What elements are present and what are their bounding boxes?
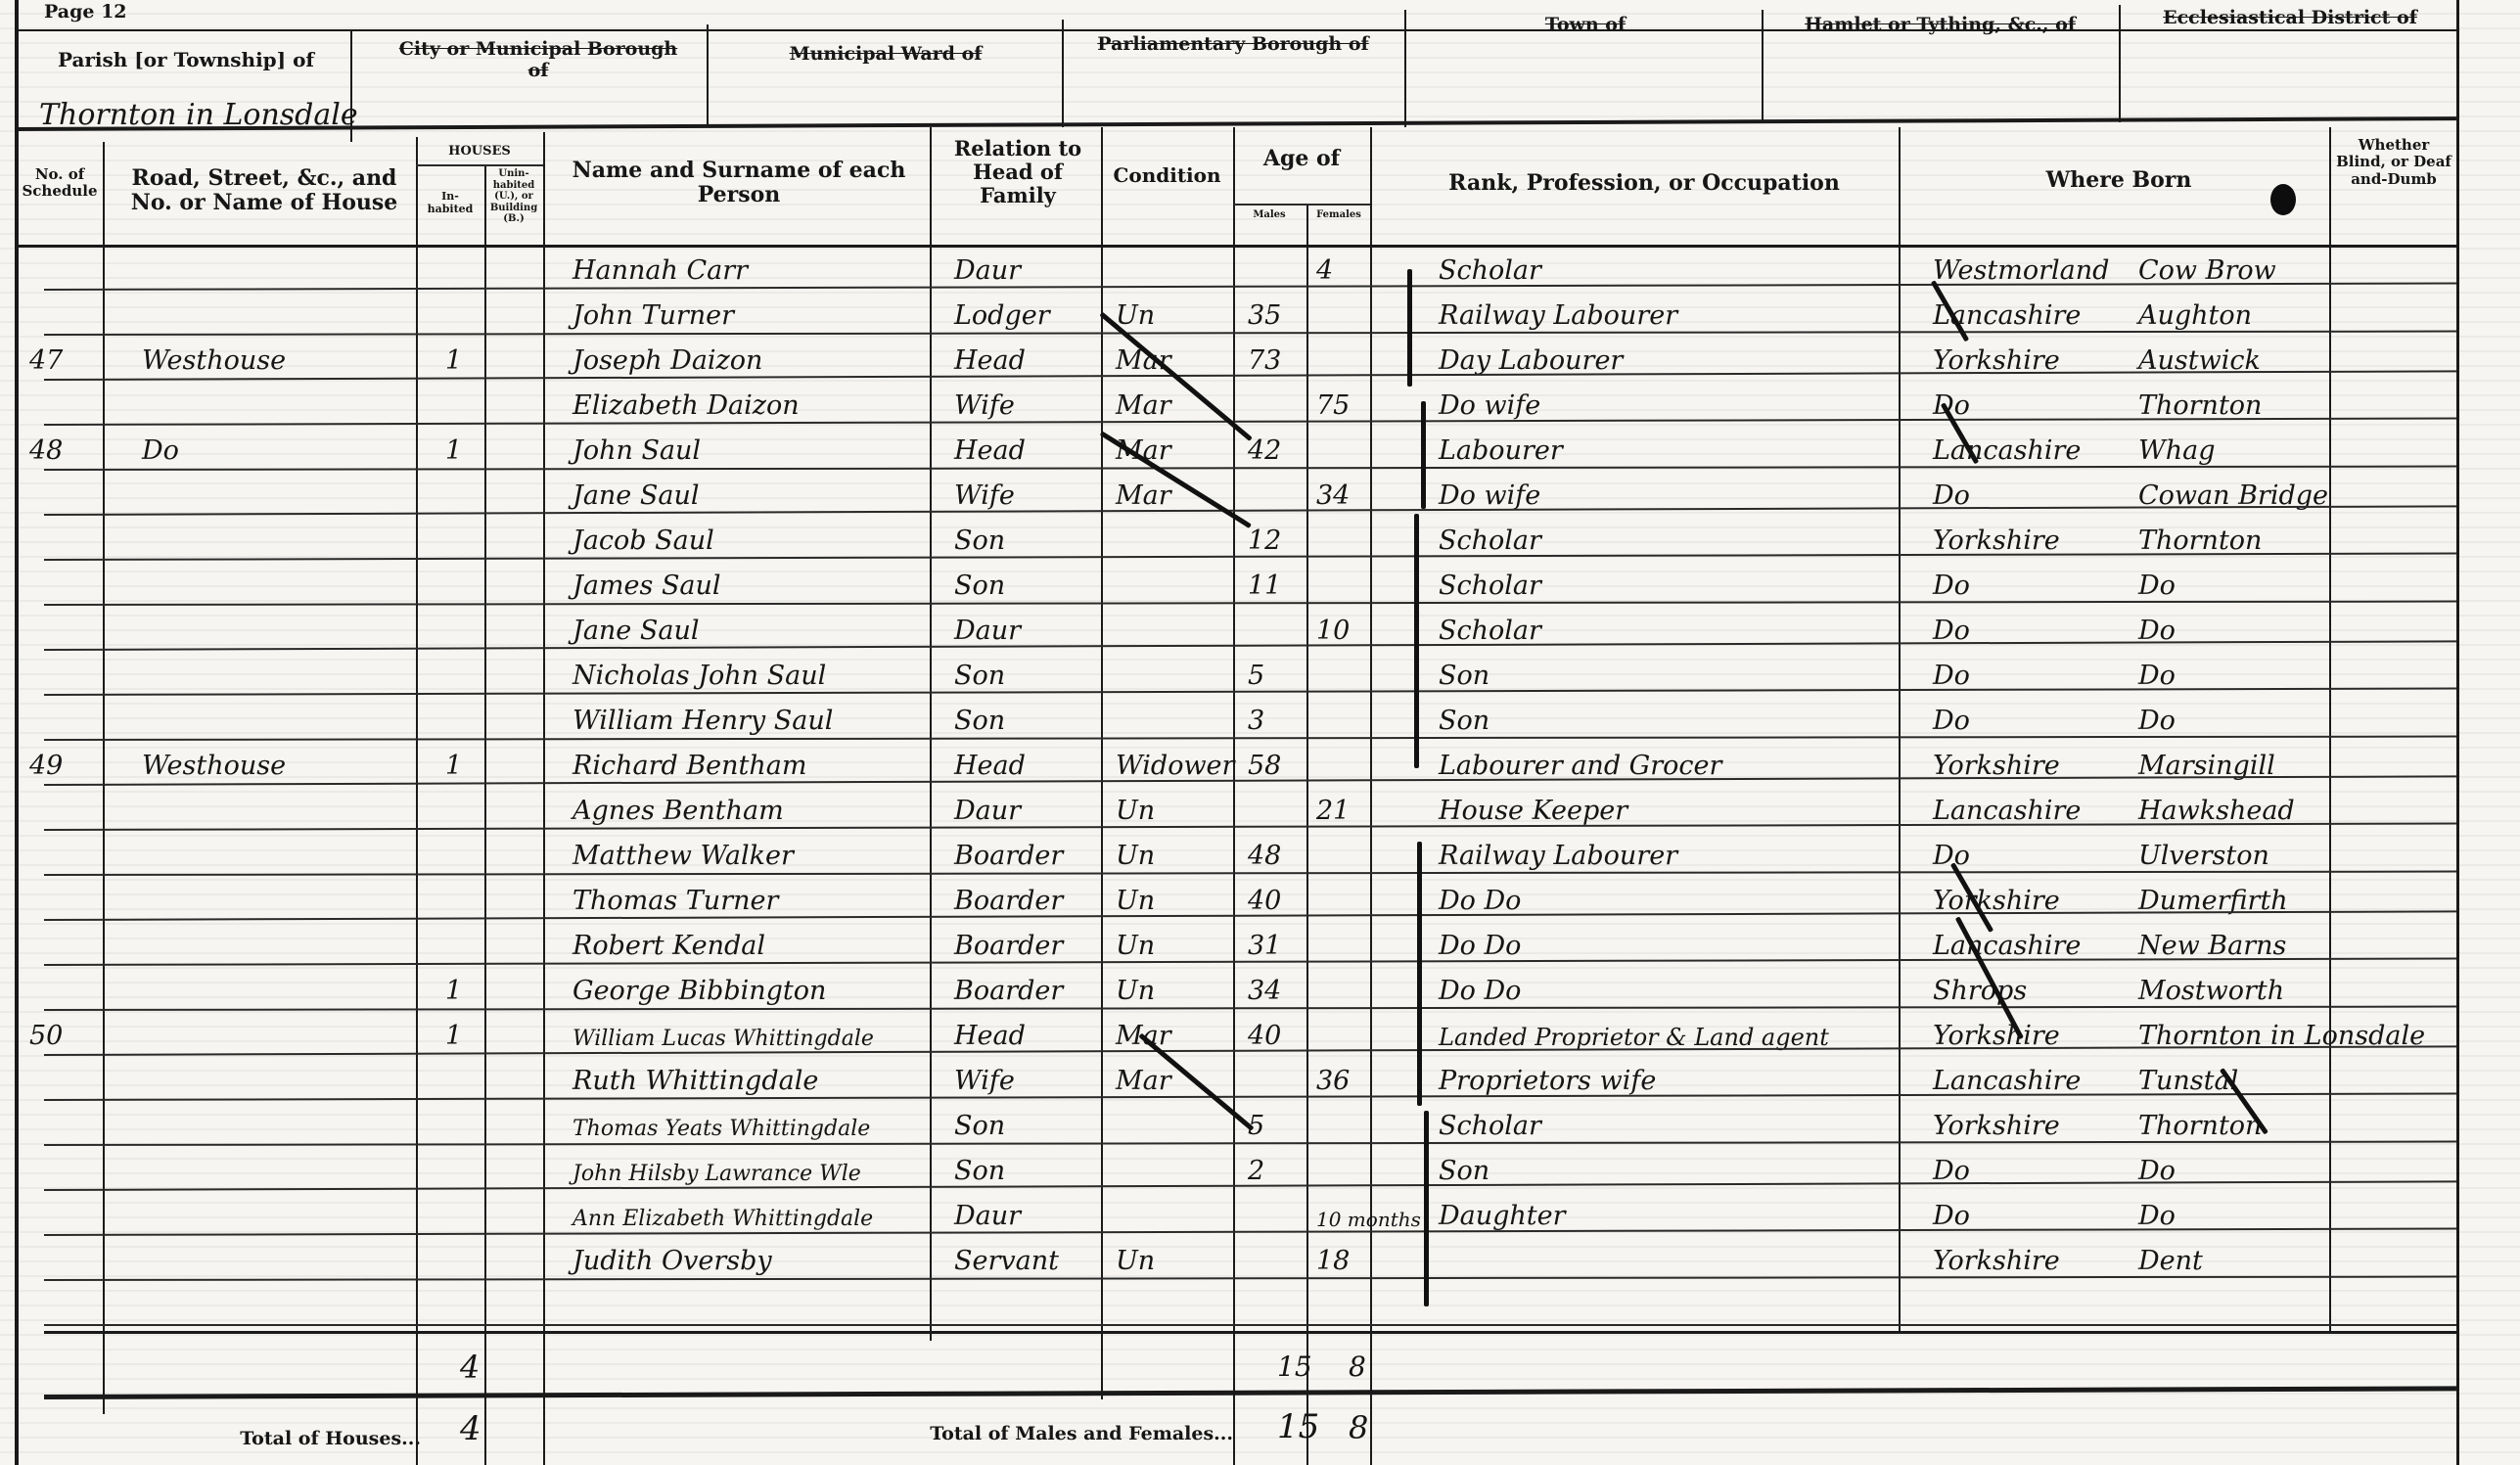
schedule-cell [29, 607, 98, 646]
schedule-cell: 48 [29, 427, 98, 466]
relation-cell: Wife [954, 472, 1101, 511]
ward-label: Municipal Ward of [724, 44, 1047, 66]
name-cell: Agnes Bentham [573, 787, 925, 826]
table-row: Thomas TurnerBoarderUn40Do DoYorkshireDu… [0, 877, 2520, 922]
born-county-cell: Do [1933, 1192, 2119, 1231]
occupation-cell: Do Do [1439, 967, 1894, 1006]
schedule-cell [29, 472, 98, 511]
name-cell: John Turner [573, 292, 925, 331]
condition-cell: Un [1116, 922, 1233, 961]
male-age-cell: 35 [1248, 292, 1306, 331]
table-row: Judith OversbyServantUn18YorkshireDent [0, 1237, 2520, 1282]
name-cell: George Bibbington [573, 967, 925, 1006]
female-age-cell [1316, 652, 1370, 691]
born-place-cell: Do [2138, 697, 2451, 736]
female-age-cell: 10 [1316, 607, 1370, 646]
name-cell: Thomas Yeats Whittingdale [573, 1102, 925, 1141]
table-row: Robert KendalBoarderUn31Do DoLancashireN… [0, 922, 2520, 967]
schedule-cell [29, 382, 98, 421]
road-cell [142, 517, 406, 556]
female-age-cell [1316, 742, 1370, 781]
born-county-cell: Do [1933, 832, 2119, 871]
schedule-cell [29, 697, 98, 736]
total-houses-value: 4 [460, 1409, 481, 1448]
schedule-cell: 50 [29, 1012, 98, 1051]
male-age-cell: 5 [1248, 652, 1306, 691]
male-age-cell [1248, 382, 1306, 421]
col-condition: Condition [1106, 164, 1228, 187]
female-age-cell: 21 [1316, 787, 1370, 826]
totals-top-rule [44, 1386, 2456, 1399]
col-road: Road, Street, &c., and No. or Name of Ho… [127, 166, 401, 216]
occupation-cell: Day Labourer [1439, 337, 1894, 376]
born-county-cell: Yorkshire [1933, 742, 2119, 781]
female-age-cell: 10 months [1316, 1192, 1370, 1231]
occupation-cell: Do Do [1439, 877, 1894, 916]
born-county-cell: Do [1933, 607, 2119, 646]
female-age-cell [1316, 292, 1370, 331]
born-place-cell: Cow Brow [2138, 247, 2451, 286]
female-age-cell [1316, 427, 1370, 466]
road-cell [142, 922, 406, 961]
row-rule [44, 1276, 2456, 1281]
inhabited-cell [445, 1102, 480, 1141]
relation-cell: Boarder [954, 922, 1101, 961]
table-row: 48Do1John SaulHeadMar42LabourerLancashir… [0, 427, 2520, 472]
bracket-mark [1424, 1111, 1429, 1306]
subtotal-males: 15 [1277, 1351, 1312, 1383]
occupation-cell: Labourer [1439, 427, 1894, 466]
table-row: William Henry SaulSon3SonDoDo [0, 697, 2520, 742]
table-row: Ann Elizabeth WhittingdaleDaur10 monthsD… [0, 1192, 2520, 1237]
row-rule [44, 871, 2456, 876]
inhabited-cell: 1 [445, 742, 480, 781]
schedule-cell [29, 1057, 98, 1096]
table-row: 49Westhouse1Richard BenthamHeadWidower58… [0, 742, 2520, 787]
female-age-cell [1316, 1012, 1370, 1051]
condition-cell [1116, 1147, 1233, 1186]
table-row: 1George BibbingtonBoarderUn34Do DoShrops… [0, 967, 2520, 1012]
schedule-cell: 49 [29, 742, 98, 781]
inhabited-cell: 1 [445, 967, 480, 1006]
born-county-cell: Lancashire [1933, 787, 2119, 826]
occupation-cell: Son [1439, 697, 1894, 736]
born-place-cell: Thornton [2138, 382, 2451, 421]
row-rule [44, 1006, 2456, 1011]
born-county-cell: Do [1933, 472, 2119, 511]
road-cell [142, 472, 406, 511]
male-age-cell: 58 [1248, 742, 1306, 781]
inhabited-cell [445, 517, 480, 556]
table-row: Jane SaulWifeMar34Do wifeDoCowan Bridge [0, 472, 2520, 517]
relation-cell: Boarder [954, 832, 1101, 871]
admin-divider [707, 24, 709, 127]
subtotal-houses: 4 [460, 1349, 480, 1386]
inhabited-cell [445, 832, 480, 871]
col-houses: HOUSES [418, 145, 541, 160]
road-cell [142, 1237, 406, 1276]
row-rule [44, 466, 2456, 471]
road-cell [142, 1147, 406, 1186]
col-age: Age of [1238, 147, 1365, 171]
schedule-cell [29, 652, 98, 691]
city-label: City or Municipal Borough of [391, 39, 685, 82]
born-county-cell: Do [1933, 382, 2119, 421]
relation-cell: Son [954, 517, 1101, 556]
bracket-mark [1414, 514, 1419, 768]
born-place-cell: Thornton [2138, 517, 2451, 556]
schedule-cell [29, 787, 98, 826]
female-age-cell [1316, 922, 1370, 961]
schedule-cell [29, 832, 98, 871]
female-age-cell [1316, 517, 1370, 556]
male-age-cell: 48 [1248, 832, 1306, 871]
condition-cell [1116, 562, 1233, 601]
name-cell: Jane Saul [573, 607, 925, 646]
inhabited-cell [445, 247, 480, 286]
total-persons-label: Total of Males and Females... [891, 1424, 1233, 1445]
schedule-cell [29, 1237, 98, 1276]
row-rule [44, 736, 2456, 741]
born-county-cell: Yorkshire [1933, 1102, 2119, 1141]
relation-cell: Head [954, 337, 1101, 376]
relation-cell: Son [954, 697, 1101, 736]
table-row: Agnes BenthamDaurUn21House KeeperLancash… [0, 787, 2520, 832]
road-cell: Westhouse [142, 742, 406, 781]
relation-cell: Head [954, 427, 1101, 466]
name-cell: Jane Saul [573, 472, 925, 511]
relation-cell: Head [954, 742, 1101, 781]
born-county-cell: Do [1933, 1147, 2119, 1186]
table-row: 47Westhouse1Joseph DaizonHeadMar73Day La… [0, 337, 2520, 382]
schedule-cell [29, 562, 98, 601]
born-county-cell: Do [1933, 697, 2119, 736]
total-houses-label: Total of Houses... [225, 1429, 421, 1450]
table-row: James SaulSon11ScholarDoDo [0, 562, 2520, 607]
condition-cell: Mar [1116, 1012, 1233, 1051]
occupation-cell: Do Do [1439, 922, 1894, 961]
condition-cell: Un [1116, 1237, 1233, 1276]
inhabited-cell [445, 1057, 480, 1096]
col-blind: Whether Blind, or Deaf and-Dumb [2334, 137, 2453, 188]
name-cell: Thomas Turner [573, 877, 925, 916]
female-age-cell [1316, 1102, 1370, 1141]
inhabited-cell [445, 1192, 480, 1231]
schedule-cell: 47 [29, 337, 98, 376]
occupation-cell: Railway Labourer [1439, 832, 1894, 871]
houses-subrule [416, 164, 543, 166]
bracket-mark [1417, 842, 1422, 1106]
born-place-cell: New Barns [2138, 922, 2451, 961]
relation-cell: Son [954, 562, 1101, 601]
condition-cell [1116, 607, 1233, 646]
age-subrule [1233, 204, 1370, 206]
inhabited-cell [445, 877, 480, 916]
road-cell [142, 652, 406, 691]
inhabited-cell [445, 292, 480, 331]
male-age-cell: 2 [1248, 1147, 1306, 1186]
relation-cell: Son [954, 1102, 1101, 1141]
total-females: 8 [1349, 1409, 1368, 1446]
born-county-cell: Yorkshire [1933, 517, 2119, 556]
occupation-cell: Proprietors wife [1439, 1057, 1894, 1096]
name-cell: Judith Oversby [573, 1237, 925, 1276]
road-cell [142, 247, 406, 286]
inhabited-cell [445, 787, 480, 826]
admin-divider [1404, 10, 1406, 127]
road-cell [142, 1057, 406, 1096]
total-males: 15 [1277, 1407, 1319, 1446]
table-row: Matthew WalkerBoarderUn48Railway Laboure… [0, 832, 2520, 877]
admin-bottom-rule [15, 116, 2456, 131]
female-age-cell: 75 [1316, 382, 1370, 421]
condition-cell: Un [1116, 967, 1233, 1006]
ecclesiastical-label: Ecclesiastical District of [2129, 8, 2451, 29]
inhabited-cell [445, 1237, 480, 1276]
col-males: Males [1235, 209, 1304, 221]
bracket-mark [1407, 269, 1412, 387]
male-age-cell: 31 [1248, 922, 1306, 961]
male-age-cell [1248, 1237, 1306, 1276]
table-row: Hannah CarrDaur4ScholarWestmorlandCow Br… [0, 247, 2520, 292]
female-age-cell [1316, 337, 1370, 376]
born-place-cell: Aughton [2138, 292, 2451, 331]
born-place-cell: Hawkshead [2138, 787, 2451, 826]
inhabited-cell [445, 1147, 480, 1186]
inhabited-cell [445, 607, 480, 646]
name-cell: Jacob Saul [573, 517, 925, 556]
col-schedule: No. of Schedule [20, 166, 100, 201]
name-cell: William Lucas Whittingdale [573, 1012, 925, 1051]
male-age-cell [1248, 472, 1306, 511]
relation-cell: Boarder [954, 967, 1101, 1006]
schedule-cell [29, 1102, 98, 1141]
name-cell: Ann Elizabeth Whittingdale [573, 1192, 925, 1231]
born-place-cell: Mostworth [2138, 967, 2451, 1006]
schedule-cell [29, 922, 98, 961]
relation-cell: Wife [954, 382, 1101, 421]
female-age-cell [1316, 967, 1370, 1006]
female-age-cell [1316, 562, 1370, 601]
hamlet-label: Hamlet or Tything, &c., of [1771, 15, 2109, 36]
condition-cell [1116, 1192, 1233, 1231]
female-age-cell [1316, 877, 1370, 916]
road-cell [142, 787, 406, 826]
admin-divider [1062, 20, 1064, 127]
name-cell: Hannah Carr [573, 247, 925, 286]
col-relation: Relation to Head of Family [939, 137, 1096, 207]
road-cell [142, 562, 406, 601]
born-county-cell: Westmorland [1933, 247, 2119, 286]
occupation-cell: Scholar [1439, 1102, 1894, 1141]
male-age-cell [1248, 247, 1306, 286]
schedule-cell [29, 877, 98, 916]
inhabited-cell: 1 [445, 427, 480, 466]
female-age-cell: 18 [1316, 1237, 1370, 1276]
male-age-cell [1248, 787, 1306, 826]
table-row: 501William Lucas WhittingdaleHeadMar40La… [0, 1012, 2520, 1057]
occupation-cell: Son [1439, 1147, 1894, 1186]
table-row: Ruth WhittingdaleWifeMar36Proprietors wi… [0, 1057, 2520, 1102]
relation-cell: Daur [954, 1192, 1101, 1231]
male-age-cell: 73 [1248, 337, 1306, 376]
road-cell [142, 697, 406, 736]
male-age-cell: 40 [1248, 1012, 1306, 1051]
born-county-cell: Lancashire [1933, 1057, 2119, 1096]
inhabited-cell [445, 697, 480, 736]
table-row: Jane SaulDaur10ScholarDoDo [0, 607, 2520, 652]
town-label: Town of [1419, 15, 1752, 36]
name-cell: Richard Bentham [573, 742, 925, 781]
road-cell [142, 967, 406, 1006]
male-age-cell: 12 [1248, 517, 1306, 556]
born-place-cell: Do [2138, 562, 2451, 601]
schedule-cell [29, 247, 98, 286]
born-county-cell: Do [1933, 652, 2119, 691]
born-place-cell: Thornton [2138, 1102, 2451, 1141]
male-age-cell: 5 [1248, 1102, 1306, 1141]
parish-label-text: Parish [or Township] of [58, 48, 314, 71]
inhabited-cell [445, 562, 480, 601]
road-cell [142, 832, 406, 871]
subtotal-females: 8 [1349, 1351, 1366, 1383]
occupation-cell: Railway Labourer [1439, 292, 1894, 331]
name-cell: James Saul [573, 562, 925, 601]
condition-cell: Un [1116, 877, 1233, 916]
occupation-cell: Do wife [1439, 382, 1894, 421]
occupation-cell: Do wife [1439, 472, 1894, 511]
census-sheet: Page 12 Parish [or Township] of Thornton… [0, 0, 2520, 1465]
relation-cell: Daur [954, 247, 1101, 286]
road-cell [142, 877, 406, 916]
name-cell: Robert Kendal [573, 922, 925, 961]
col-females: Females [1308, 209, 1369, 221]
relation-cell: Boarder [954, 877, 1101, 916]
born-place-cell: Do [2138, 652, 2451, 691]
schedule-cell [29, 1192, 98, 1231]
born-county-cell: Shrops [1933, 967, 2119, 1006]
name-cell: John Hilsby Lawrance Wle [573, 1147, 925, 1186]
condition-cell: Widower [1116, 742, 1233, 781]
road-cell [142, 292, 406, 331]
admin-divider [2119, 5, 2121, 122]
occupation-cell: Labourer and Grocer [1439, 742, 1894, 781]
condition-cell [1116, 1102, 1233, 1141]
occupation-cell: Landed Proprietor & Land agent [1439, 1012, 1894, 1051]
table-row: Thomas Yeats WhittingdaleSon5ScholarYork… [0, 1102, 2520, 1147]
name-cell: William Henry Saul [573, 697, 925, 736]
relation-cell: Wife [954, 1057, 1101, 1096]
road-cell [142, 1102, 406, 1141]
condition-cell: Un [1116, 832, 1233, 871]
condition-cell [1116, 697, 1233, 736]
page-label: Page 12 [44, 2, 127, 23]
col-inhabited: In-habited [419, 191, 481, 215]
female-age-cell [1316, 697, 1370, 736]
born-county-cell: Yorkshire [1933, 1237, 2119, 1276]
name-cell: Joseph Daizon [573, 337, 925, 376]
occupation-cell: Scholar [1439, 247, 1894, 286]
subtotal-top-rule [44, 1331, 2456, 1334]
schedule-cell [29, 967, 98, 1006]
born-place-cell: Ulverston [2138, 832, 2451, 871]
occupation-cell: House Keeper [1439, 787, 1894, 826]
born-county-cell: Do [1933, 562, 2119, 601]
female-age-cell [1316, 832, 1370, 871]
occupation-cell: Scholar [1439, 517, 1894, 556]
schedule-cell [29, 1147, 98, 1186]
male-age-cell [1248, 1057, 1306, 1096]
parish-label: Parish [or Township] of [29, 49, 343, 71]
name-cell: Matthew Walker [573, 832, 925, 871]
born-county-cell: Yorkshire [1933, 1012, 2119, 1051]
table-row: Nicholas John SaulSon5SonDoDo [0, 652, 2520, 697]
table-row: John Hilsby Lawrance WleSon2SonDoDo [0, 1147, 2520, 1192]
condition-cell [1116, 517, 1233, 556]
born-place-cell: Tunstal [2138, 1057, 2451, 1096]
parliamentary-label: Parliamentary Borough of [1072, 34, 1395, 56]
col-uninhabited: Unin-habited (U.), or Building (B.) [486, 168, 541, 225]
col-name: Name and Surname of each Person [568, 159, 910, 208]
born-place-cell: Whag [2138, 427, 2451, 466]
name-cell: Nicholas John Saul [573, 652, 925, 691]
occupation-cell: Scholar [1439, 607, 1894, 646]
road-cell [142, 607, 406, 646]
male-age-cell: 34 [1248, 967, 1306, 1006]
ink-blot [2270, 184, 2296, 215]
condition-cell: Mar [1116, 382, 1233, 421]
blank-row [44, 1324, 2456, 1326]
table-row: Elizabeth DaizonWifeMar75Do wifeDoThornt… [0, 382, 2520, 427]
road-cell [142, 382, 406, 421]
schedule-cell [29, 292, 98, 331]
relation-cell: Son [954, 1147, 1101, 1186]
road-cell [142, 1192, 406, 1231]
male-age-cell [1248, 1192, 1306, 1231]
row-rule [44, 1141, 2456, 1146]
relation-cell: Son [954, 652, 1101, 691]
table-row: Jacob SaulSon12ScholarYorkshireThornton [0, 517, 2520, 562]
relation-cell: Servant [954, 1237, 1101, 1276]
condition-cell: Mar [1116, 427, 1233, 466]
relation-cell: Daur [954, 607, 1101, 646]
bracket-mark [1421, 401, 1426, 509]
born-county-cell: Yorkshire [1933, 337, 2119, 376]
born-place-cell: Dent [2138, 1237, 2451, 1276]
occupation-cell: Daughter [1439, 1192, 1894, 1231]
inhabited-cell: 1 [445, 1012, 480, 1051]
male-age-cell: 40 [1248, 877, 1306, 916]
inhabited-cell [445, 652, 480, 691]
admin-divider [1762, 10, 1764, 122]
occupation-cell: Son [1439, 652, 1894, 691]
table-row: John TurnerLodgerUn35Railway LabourerLan… [0, 292, 2520, 337]
row-rule [44, 601, 2456, 606]
relation-cell: Daur [954, 787, 1101, 826]
female-age-cell: 4 [1316, 247, 1370, 286]
male-age-cell: 42 [1248, 427, 1306, 466]
inhabited-cell [445, 382, 480, 421]
occupation-cell: Scholar [1439, 562, 1894, 601]
inhabited-cell [445, 472, 480, 511]
condition-cell: Un [1116, 787, 1233, 826]
female-age-cell: 34 [1316, 472, 1370, 511]
relation-cell: Lodger [954, 292, 1101, 331]
born-place-cell: Do [2138, 1192, 2451, 1231]
condition-cell [1116, 247, 1233, 286]
row-rule [44, 331, 2456, 336]
col-born: Where Born [1957, 168, 2280, 193]
